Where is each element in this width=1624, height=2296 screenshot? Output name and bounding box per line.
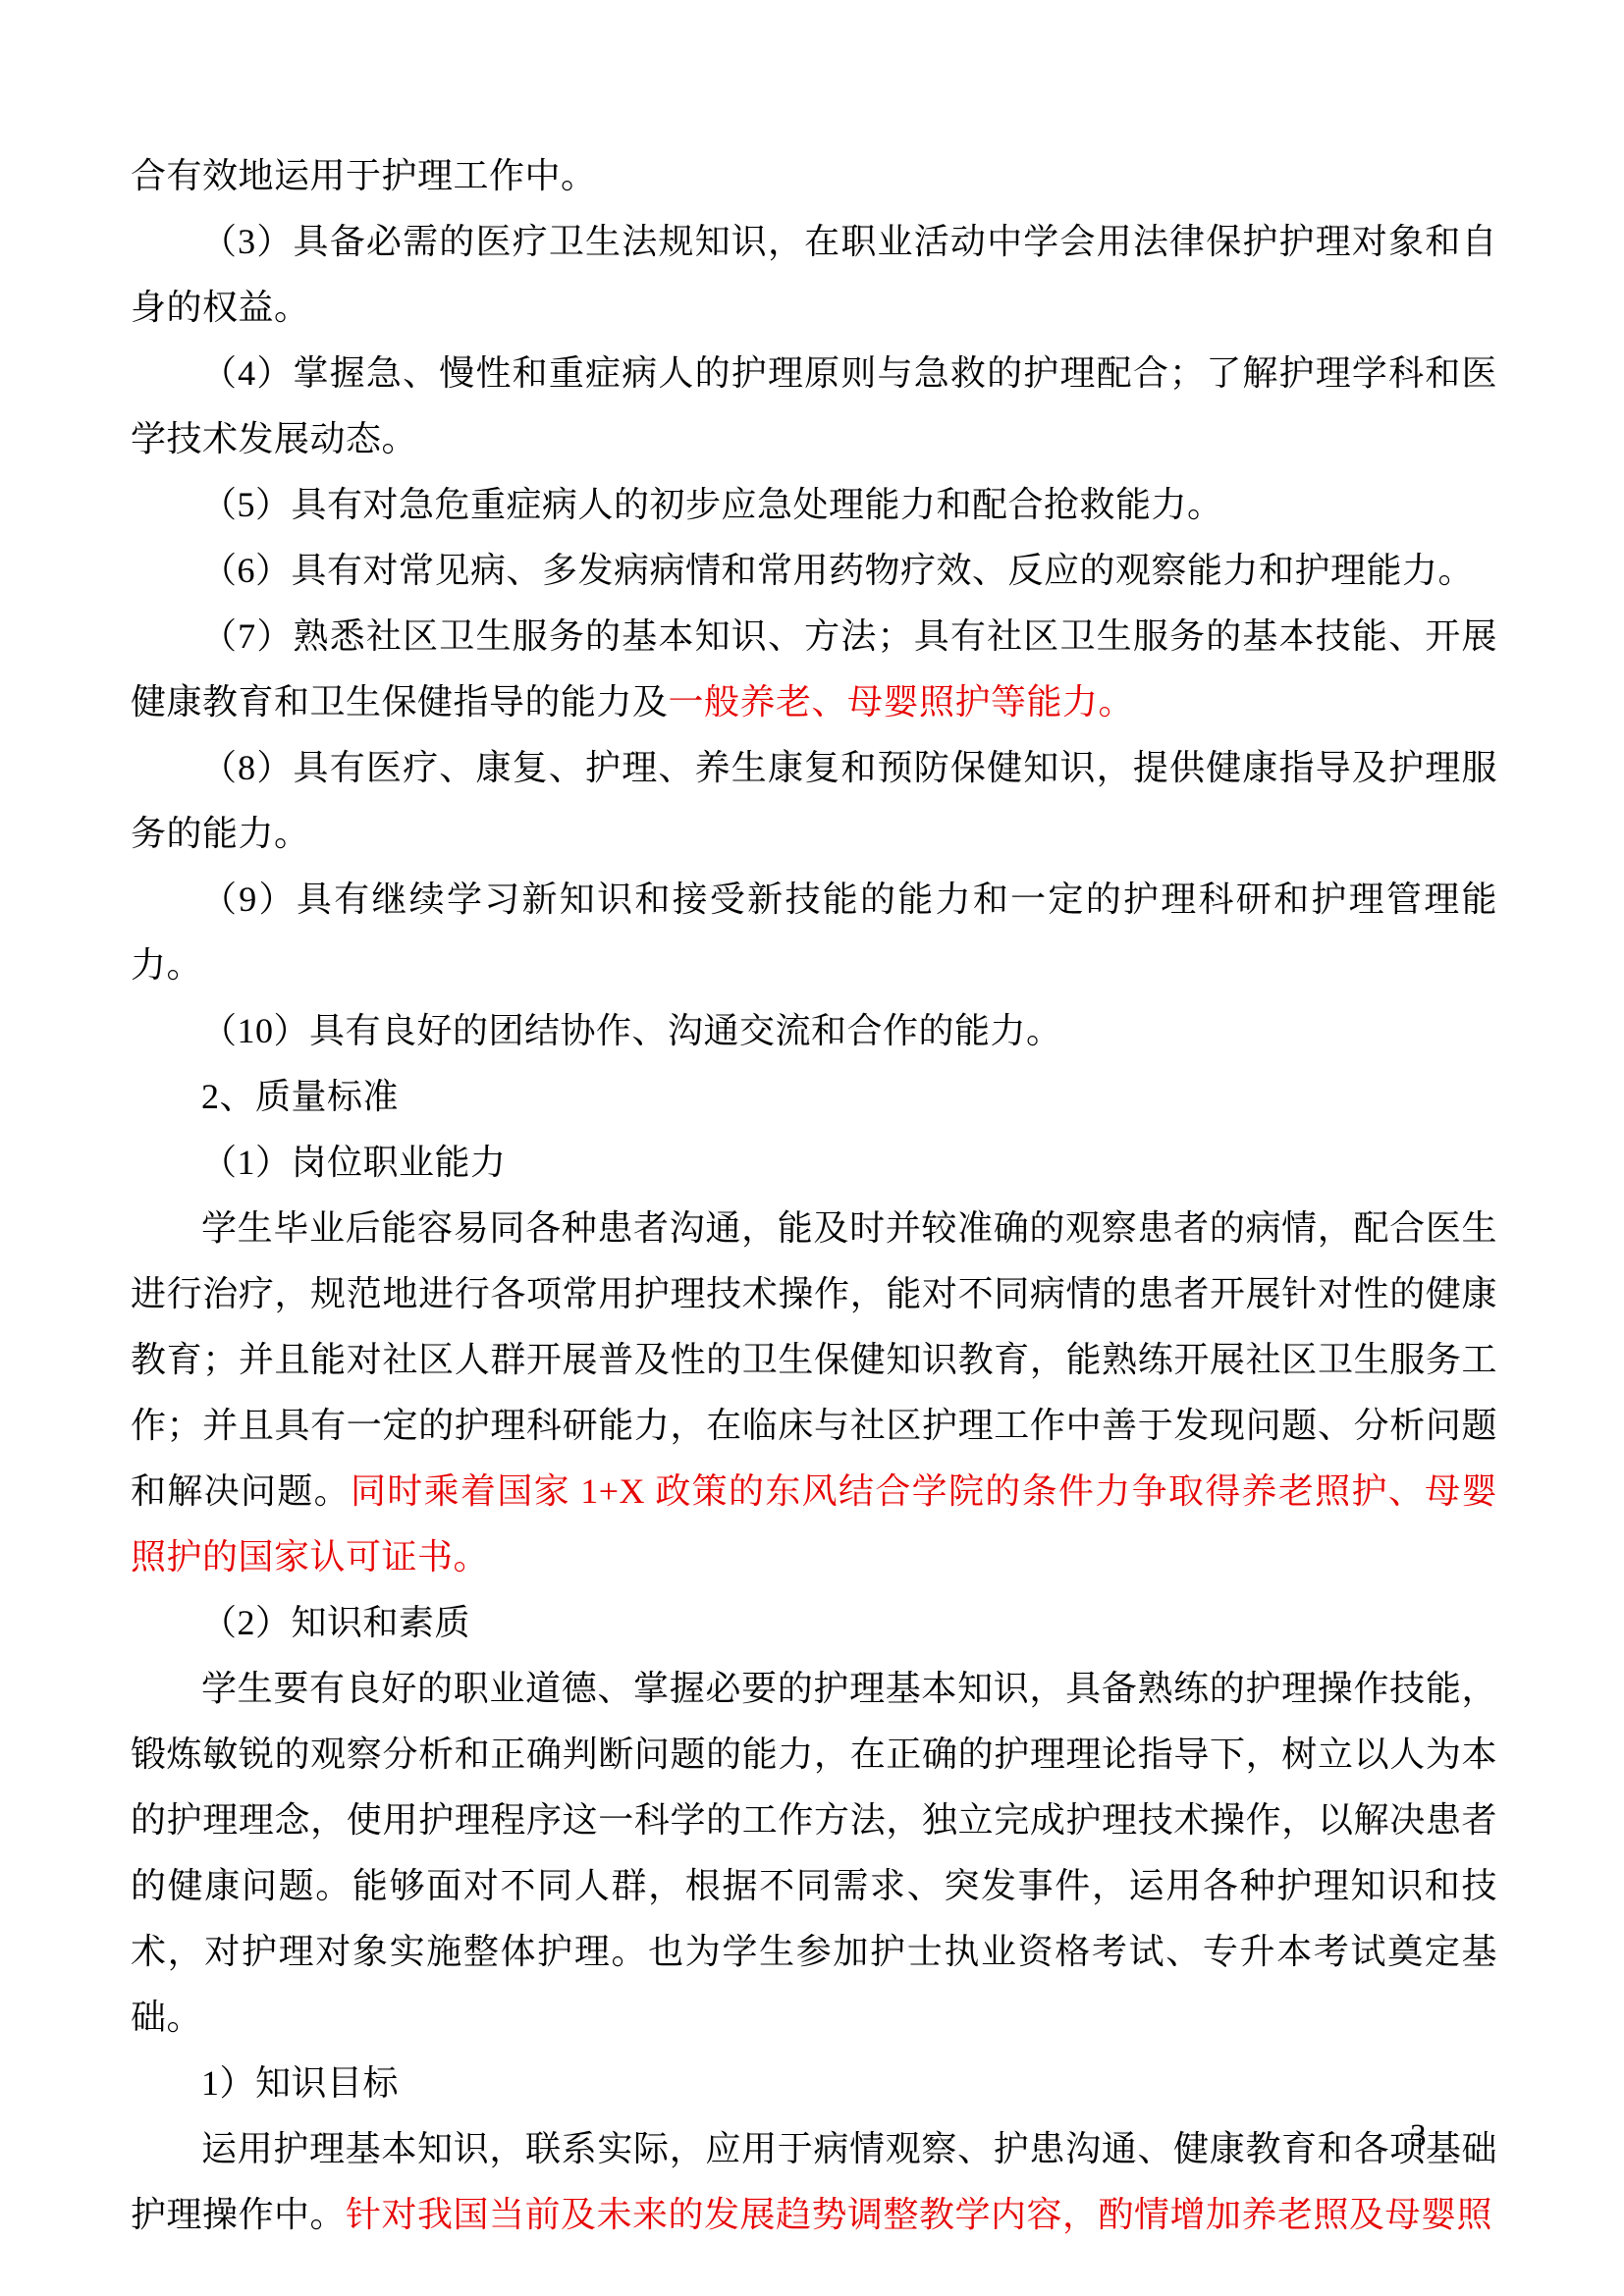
- paragraph: 1）知识目标: [131, 2051, 1497, 2116]
- document-page: 合有效地运用于护理工作中。（3）具备必需的医疗卫生法规知识，在职业活动中学会用法…: [0, 0, 1624, 2296]
- text-run: 1）知识目标: [201, 2063, 399, 2103]
- text-run: （8）具有医疗、康复、护理、养生康复和预防保健知识，提供健康指导及护理服务的能力…: [131, 748, 1497, 853]
- text-run: （3）具备必需的医疗卫生法规知识，在职业活动中学会用法律保护护理对象和自身的权益…: [131, 222, 1497, 327]
- text-run: 学生要有良好的职业道德、掌握必要的护理基本知识，具备熟练的护理操作技能，锻炼敏锐…: [131, 1669, 1497, 2037]
- highlighted-text-run: 针对我国当前及未来的发展趋势调整教学内容，酌情增加养老照及母婴照: [346, 2195, 1492, 2234]
- paragraph: 学生要有良好的职业道德、掌握必要的护理基本知识，具备熟练的护理操作技能，锻炼敏锐…: [131, 1656, 1497, 2051]
- text-run: （4）掌握急、慢性和重症病人的护理原则与急救的护理配合；了解护理学科和医学技术发…: [131, 353, 1497, 458]
- paragraph: （5）具有对急危重症病人的初步应急处理能力和配合抢救能力。: [131, 472, 1497, 538]
- paragraph: （1）岗位职业能力: [131, 1130, 1497, 1196]
- paragraph: 合有效地运用于护理工作中。: [131, 143, 1497, 209]
- text-run: 学生毕业后能容易同各种患者沟通，能及时并较准确的观察患者的病情，配合医生进行治疗…: [131, 1208, 1497, 1511]
- text-run: （5）具有对急危重症病人的初步应急处理能力和配合抢救能力。: [201, 485, 1223, 524]
- page-number: 3: [1410, 2116, 1427, 2156]
- paragraph: （8）具有医疗、康复、护理、养生康复和预防保健知识，提供健康指导及护理服务的能力…: [131, 735, 1497, 867]
- text-run: （1）岗位职业能力: [201, 1143, 507, 1182]
- paragraph: （2）知识和素质: [131, 1590, 1497, 1656]
- highlighted-text-run: 一般养老、母婴照护等能力。: [669, 682, 1135, 721]
- text-run: （6）具有对常见病、多发病病情和常用药物疗效、反应的观察能力和护理能力。: [201, 551, 1474, 590]
- text-run: （2）知识和素质: [201, 1603, 470, 1642]
- paragraph: （7）熟悉社区卫生服务的基本知识、方法；具有社区卫生服务的基本技能、开展健康教育…: [131, 604, 1497, 735]
- paragraph: 运用护理基本知识，联系实际，应用于病情观察、护患沟通、健康教育和各项基础护理操作…: [131, 2116, 1497, 2248]
- document-body: 合有效地运用于护理工作中。（3）具备必需的医疗卫生法规知识，在职业活动中学会用法…: [131, 143, 1497, 2248]
- paragraph: （4）掌握急、慢性和重症病人的护理原则与急救的护理配合；了解护理学科和医学技术发…: [131, 341, 1497, 472]
- paragraph: （3）具备必需的医疗卫生法规知识，在职业活动中学会用法律保护护理对象和自身的权益…: [131, 209, 1497, 341]
- text-run: 合有效地运用于护理工作中。: [131, 156, 597, 195]
- text-run: （10）具有良好的团结协作、沟通交流和合作的能力。: [201, 1011, 1062, 1050]
- paragraph: （9）具有继续学习新知识和接受新技能的能力和一定的护理科研和护理管理能力。: [131, 867, 1497, 998]
- text-run: 2、质量标准: [201, 1077, 399, 1116]
- paragraph: 2、质量标准: [131, 1064, 1497, 1130]
- paragraph: （10）具有良好的团结协作、沟通交流和合作的能力。: [131, 998, 1497, 1064]
- paragraph: 学生毕业后能容易同各种患者沟通，能及时并较准确的观察患者的病情，配合医生进行治疗…: [131, 1196, 1497, 1590]
- paragraph: （6）具有对常见病、多发病病情和常用药物疗效、反应的观察能力和护理能力。: [131, 538, 1497, 604]
- text-run: （9）具有继续学习新知识和接受新技能的能力和一定的护理科研和护理管理能力。: [131, 880, 1497, 985]
